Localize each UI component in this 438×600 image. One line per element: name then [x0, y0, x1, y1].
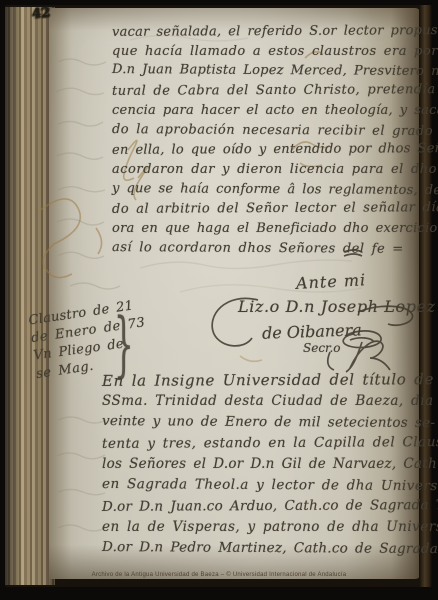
manuscript-line: en ella, lo que oído y entendido por dho…: [112, 139, 432, 160]
attestation-heading: Ante mi: [296, 270, 367, 293]
manuscript-line: en Sagrada Theol.a y lector de dha Unive…: [102, 474, 434, 497]
notary-title: Secr.o: [303, 341, 341, 355]
manuscript-line: tural de Cabra del Santo Christo, preten…: [112, 80, 432, 101]
manuscript-line: do al arbitrio del Señor lector el señal…: [112, 198, 432, 219]
notary-signature-surname: de Oibanera: [262, 320, 362, 342]
manuscript-line: En la Insigne Universidad del título de …: [102, 369, 434, 392]
paragraph-session: En la Insigne Universidad del título de …: [102, 370, 434, 559]
manuscript-line: los Señores el D.or D.n Gil de Narvaez, …: [102, 454, 434, 475]
manuscript-line: ora en que haga el Beneficiado dho exerc…: [112, 219, 432, 239]
manuscript-line: do la aprobación necesaria recibir el gr…: [112, 120, 432, 142]
folio-number: 42: [31, 5, 50, 22]
manuscript-line: D.n Juan Baptista Lopez Merced, Presvite…: [112, 60, 432, 82]
manuscript-line: vacar señalada, el referido S.or lector …: [112, 21, 432, 42]
manuscript-line: veinte y uno de Enero de mil setecientos…: [102, 411, 434, 434]
paragraph-act: vacar señalada, el referido S.or lector …: [112, 22, 432, 258]
manuscript-line: D.or D.n Juan.co Arduo, Cath.co de Sagra…: [102, 495, 434, 518]
manuscript-scan: 42 vacar señalada, el referido S.or lect…: [0, 0, 438, 600]
manuscript-line: que hacía llamado a estos claustros era …: [112, 42, 432, 62]
notary-signature-name: Liz.o D.n Joseph Lopez: [238, 297, 436, 316]
manuscript-line: cencia para hacer el acto en theología, …: [112, 101, 432, 121]
archive-caption: Archivo de la Antigua Universidad de Bae…: [0, 572, 438, 578]
manuscript-line: en la de Visperas, y patrono de dha Univ…: [102, 517, 434, 538]
manuscript-line: tenta y tres, estando en la Capilla del …: [102, 432, 434, 455]
manuscript-line: así lo acordaron dhos Señores del fe =: [112, 238, 432, 260]
book-page-edges: [5, 7, 55, 585]
manuscript-line: acordaron dar y dieron licencia para el …: [112, 160, 432, 180]
manuscript-line: y que se haía conforme â los reglamentos…: [112, 179, 432, 201]
manuscript-line: SSma. Trinidad desta Ciudad de Baeza, dí…: [102, 391, 434, 412]
manuscript-line: D.or D.n Pedro Martinez, Cath.co de Sagr…: [102, 537, 434, 560]
